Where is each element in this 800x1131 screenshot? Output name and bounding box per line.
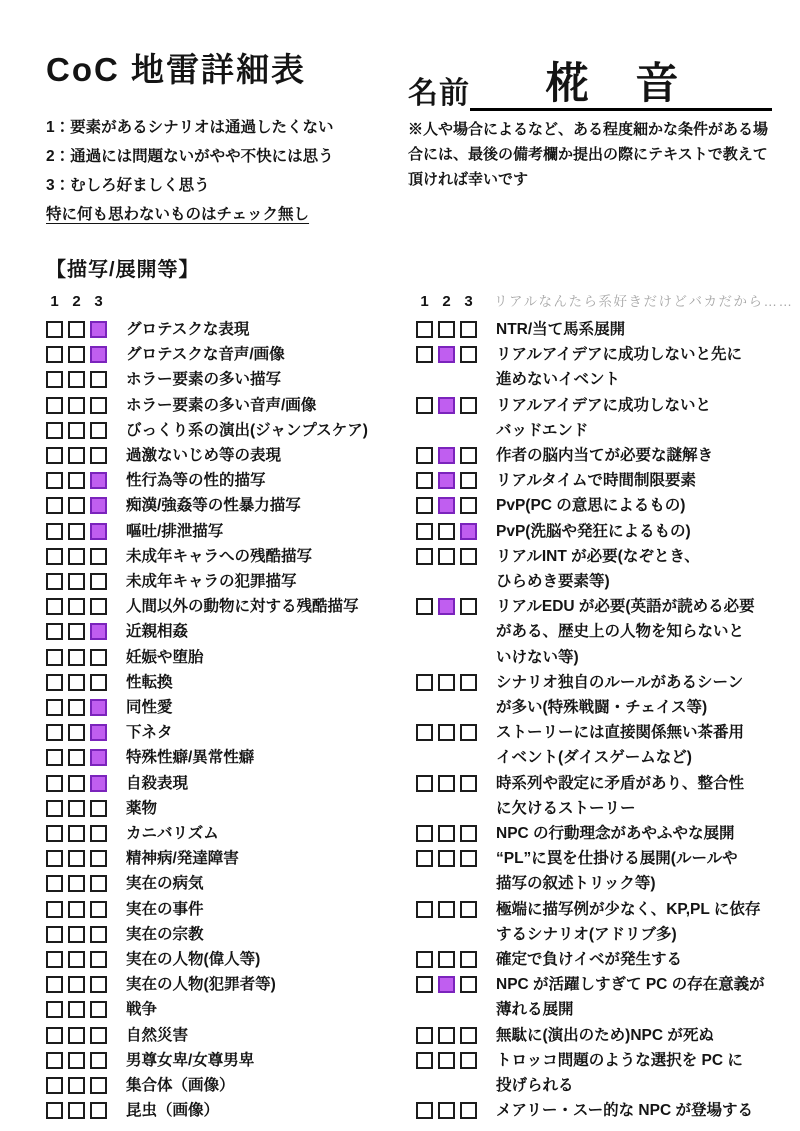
item-label: 実在の病気 [126,871,204,896]
item-label: グロテスクな音声/画像 [126,342,285,367]
checkbox-2[interactable] [68,951,85,968]
checkbox-3[interactable] [90,1052,107,1069]
checkbox-2[interactable] [438,724,455,741]
checkbox-1[interactable] [46,749,63,766]
checkbox-3[interactable] [90,800,107,817]
checklist-item: ストーリーには直接関係無い茶番用 イベント(ダイスゲームなど) [416,720,793,770]
checkbox-3[interactable] [460,346,477,363]
checkbox-2[interactable] [68,623,85,640]
scale-header-left: 1 2 3 [46,292,416,317]
checkbox-3-checked[interactable] [90,775,107,792]
checkbox-2[interactable] [68,800,85,817]
legend-line-3: 3：むしろ好ましく思う [46,171,408,200]
checkbox-2[interactable] [68,598,85,615]
item-label: 自然災害 [126,1023,188,1048]
checkbox-group [416,947,482,968]
checklist-item: 未成年キャラへの残酷描写 [46,544,416,569]
checklist-item: カニバリズム [46,821,416,846]
checkbox-2[interactable] [438,775,455,792]
checkbox-group [46,997,112,1018]
checkbox-3-checked[interactable] [90,346,107,363]
checkbox-1[interactable] [416,901,433,918]
checkbox-2-checked[interactable] [438,447,455,464]
checkbox-1[interactable] [416,1027,433,1044]
checkbox-1[interactable] [46,523,63,540]
checkbox-1[interactable] [416,548,433,565]
checklist-item: 嘔吐/排泄描写 [46,519,416,544]
checklist-item: 昆虫（画像） [46,1098,416,1123]
checklist-item: びっくり系の演出(ジャンプスケア) [46,418,416,443]
checkbox-group [416,443,482,464]
checkbox-2[interactable] [68,724,85,741]
header-left: CoC 地雷詳細表 1：要素があるシナリオは通過したくない 2：通過には問題ない… [46,30,408,229]
checkbox-3[interactable] [460,724,477,741]
checklist-item: 性行為等の性的描写 [46,468,416,493]
item-label: PvP(洗脳や発狂によるもの) [496,519,691,544]
checkbox-3[interactable] [460,497,477,514]
checkbox-2-checked[interactable] [438,976,455,993]
checklist-item: 時系列や設定に矛盾があり、整合性 に欠けるストーリー [416,771,793,821]
checkbox-3[interactable] [90,447,107,464]
checkbox-2[interactable] [68,548,85,565]
checklist-item: シナリオ独自のルールがあるシーン が多い(特殊戦闘・チェイス等) [416,670,793,720]
checkbox-group [416,468,482,489]
checkbox-2[interactable] [68,775,85,792]
checkbox-1[interactable] [46,850,63,867]
checkbox-2[interactable] [68,699,85,716]
checkbox-2[interactable] [68,825,85,842]
item-label: 男尊女卑/女尊男卑 [126,1048,254,1073]
checkbox-group [46,972,112,993]
checklist-item: 自然災害 [46,1023,416,1048]
checkbox-group [416,771,482,792]
checkbox-1[interactable] [46,397,63,414]
checkbox-group [416,1048,482,1069]
item-label: 妊娠や堕胎 [126,645,204,670]
checkbox-3[interactable] [460,1102,477,1119]
checkbox-2[interactable] [68,850,85,867]
checkbox-2[interactable] [68,649,85,666]
item-label: 人間以外の動物に対する残酷描写 [126,594,359,619]
checkbox-group [416,1098,482,1119]
checkbox-1[interactable] [416,346,433,363]
checklist-item: 実在の人物(偉人等) [46,947,416,972]
checklist-item: 自殺表現 [46,771,416,796]
checkbox-1[interactable] [46,724,63,741]
checkbox-3[interactable] [90,1027,107,1044]
item-label: PvP(PC の意思によるもの) [496,493,685,518]
checkbox-1[interactable] [416,497,433,514]
checkbox-1[interactable] [46,1077,63,1094]
checkbox-1[interactable] [416,976,433,993]
checkbox-2[interactable] [68,371,85,388]
checkbox-2[interactable] [68,1052,85,1069]
checkbox-group [46,670,112,691]
checkbox-3[interactable] [460,472,477,489]
checkbox-2[interactable] [438,901,455,918]
checkbox-2[interactable] [68,674,85,691]
item-label: トロッコ問題のような選択を PC に 投げられる [496,1048,743,1098]
item-label: 近親相姦 [126,619,188,644]
checkbox-1[interactable] [46,548,63,565]
checkbox-3[interactable] [460,775,477,792]
checkbox-group [416,897,482,918]
checkbox-3-checked[interactable] [90,497,107,514]
checkbox-1[interactable] [46,598,63,615]
handwritten-note: リアルなんたら系好きだけどバカだから…… [494,292,793,312]
checkbox-3[interactable] [90,674,107,691]
checkbox-1[interactable] [416,951,433,968]
checkbox-1[interactable] [416,472,433,489]
checkbox-1[interactable] [46,1102,63,1119]
checkbox-3[interactable] [90,548,107,565]
checkbox-group [46,871,112,892]
item-label: メアリー・スー的な NPC が登場する [496,1098,753,1123]
rating-legend: 1：要素があるシナリオは通過したくない 2：通過には問題ないがやや不快には思う … [46,113,408,229]
checklist-item: “PL”に罠を仕掛ける展開(ルールや 描写の叙述トリック等) [416,846,793,896]
checkbox-1[interactable] [416,775,433,792]
checkbox-2[interactable] [438,674,455,691]
checkbox-1[interactable] [46,875,63,892]
item-label: びっくり系の演出(ジャンプスケア) [126,418,368,443]
checkbox-1[interactable] [46,1027,63,1044]
item-label: 戦争 [126,997,157,1022]
checkbox-3[interactable] [90,1077,107,1094]
item-label: グロテスクな表現 [126,317,249,342]
checkbox-1[interactable] [46,321,63,338]
checkbox-1[interactable] [46,497,63,514]
checkbox-1[interactable] [416,447,433,464]
checkbox-3[interactable] [90,901,107,918]
checkbox-1[interactable] [46,674,63,691]
checkbox-3[interactable] [90,598,107,615]
checkbox-2[interactable] [68,1001,85,1018]
checkbox-2[interactable] [68,346,85,363]
conditions-note: ※人や場合によるなど、ある程度細かな条件がある場合には、最後の備考欄か提出の際に… [408,117,772,192]
checklist-item: グロテスクな音声/画像 [46,342,416,367]
checkbox-1[interactable] [46,976,63,993]
checkbox-2[interactable] [68,497,85,514]
page-title: CoC 地雷詳細表 [46,44,408,91]
checkbox-1[interactable] [416,825,433,842]
checklist-item: NPC が活躍しすぎて PC の存在意義が 薄れる展開 [416,972,793,1022]
checklist-item: リアルアイデアに成功しないと バッドエンド [416,393,793,443]
item-label: NPC の行動理念があやふやな展開 [496,821,735,846]
checkbox-3-checked[interactable] [90,321,107,338]
item-label: 無駄に(演出のため)NPC が死ぬ [496,1023,714,1048]
checkbox-2[interactable] [68,1027,85,1044]
checkbox-2[interactable] [438,321,455,338]
checklist-item: 性転換 [46,670,416,695]
checkbox-3[interactable] [460,901,477,918]
checkbox-2[interactable] [68,472,85,489]
checklist-item: 過激ないじめ等の表現 [46,443,416,468]
checklist-item: 実在の病気 [46,871,416,896]
checkbox-2[interactable] [68,926,85,943]
item-label: 未成年キャラへの残酷描写 [126,544,312,569]
checkbox-group [416,972,482,993]
legend-note: 特に何も思わないものはチェック無し [46,200,408,229]
item-label: リアルアイデアに成功しないと バッドエンド [496,393,711,443]
form-header: CoC 地雷詳細表 1：要素があるシナリオは通過したくない 2：通過には問題ない… [46,30,772,229]
checklist-item: 下ネタ [46,720,416,745]
scale-digits: 1 2 3 [46,292,112,312]
checkbox-2[interactable] [68,875,85,892]
item-label: カニバリズム [126,821,219,846]
checkbox-3-checked[interactable] [90,523,107,540]
checkbox-3[interactable] [90,976,107,993]
item-label: 極端に描写例が少なく、KP,PL に依存 するシナリオ(アドリブ多) [496,897,760,947]
checkbox-3[interactable] [460,1027,477,1044]
checkbox-3[interactable] [90,1001,107,1018]
checkbox-group [46,1023,112,1044]
checkbox-3[interactable] [90,926,107,943]
checklist-column-right: 1 2 3 リアルなんたら系好きだけどバカだから…… NTR/当て馬系展開リアル… [416,292,793,1124]
checkbox-2[interactable] [68,976,85,993]
checkbox-3[interactable] [90,371,107,388]
checkbox-2-checked[interactable] [438,598,455,615]
checkbox-group [46,922,112,943]
scale-digit-1: 1 [46,292,63,312]
checkbox-3[interactable] [460,976,477,993]
checkbox-3[interactable] [90,397,107,414]
checklist-left: グロテスクな表現グロテスクな音声/画像ホラー要素の多い描写ホラー要素の多い音声/… [46,317,416,1124]
checkbox-group [416,493,482,514]
checkbox-1[interactable] [46,1052,63,1069]
checkbox-group [416,317,482,338]
checkbox-3[interactable] [90,850,107,867]
checkbox-2[interactable] [438,548,455,565]
item-label: 性行為等の性的描写 [126,468,266,493]
checkbox-group [416,594,482,615]
item-label: リアルINT が必要(なぞとき、 ひらめき要素等) [496,544,700,594]
checkbox-1[interactable] [46,926,63,943]
checkbox-2[interactable] [438,1027,455,1044]
checkbox-1[interactable] [46,800,63,817]
header-right: 名前 椛 音 ※人や場合によるなど、ある程度細かな条件がある場合には、最後の備考… [408,30,772,192]
checkbox-group [46,468,112,489]
checkbox-1[interactable] [416,598,433,615]
checkbox-group [46,569,112,590]
checkbox-2-checked[interactable] [438,397,455,414]
item-label: 精神病/発達障害 [126,846,239,871]
checklist-column-left: 1 2 3 グロテスクな表現グロテスクな音声/画像ホラー要素の多い描写ホラー要素… [46,292,416,1124]
checkbox-3-checked[interactable] [90,749,107,766]
checkbox-1[interactable] [46,1001,63,1018]
checkbox-1[interactable] [46,775,63,792]
checkbox-1[interactable] [46,573,63,590]
legend-line-1: 1：要素があるシナリオは通過したくない [46,113,408,142]
checkbox-1[interactable] [46,623,63,640]
item-label: 確定で負けイベが発生する [496,947,682,972]
checkbox-group [46,796,112,817]
checkbox-2[interactable] [68,1077,85,1094]
checkbox-1[interactable] [46,901,63,918]
checkbox-2-checked[interactable] [438,472,455,489]
checkbox-1[interactable] [46,346,63,363]
checkbox-group [46,367,112,388]
checkbox-3[interactable] [460,850,477,867]
checkbox-3-checked[interactable] [90,623,107,640]
checkbox-2[interactable] [438,1102,455,1119]
checklist-item: 薬物 [46,796,416,821]
checkbox-3[interactable] [460,598,477,615]
scale-header-right: 1 2 3 リアルなんたら系好きだけどバカだから…… [416,292,793,317]
item-label: NTR/当て馬系展開 [496,317,625,342]
checkbox-group [416,519,482,540]
checkbox-group [46,645,112,666]
checklist-item: PvP(洗脳や発狂によるもの) [416,519,793,544]
checklist-item: メアリー・スー的な NPC が登場する [416,1098,793,1123]
checkbox-3[interactable] [90,825,107,842]
checkbox-3[interactable] [460,548,477,565]
checkbox-3[interactable] [90,573,107,590]
checklist-item: 人間以外の動物に対する残酷描写 [46,594,416,619]
checklist-item: リアルタイムで時間制限要素 [416,468,793,493]
checklist-item: トロッコ問題のような選択を PC に 投げられる [416,1048,793,1098]
checklist-item: 同性愛 [46,695,416,720]
item-label: 集合体（画像） [126,1073,235,1098]
scale-digit-1: 1 [416,292,433,312]
item-label: 同性愛 [126,695,173,720]
checklist-item: 実在の人物(犯罪者等) [46,972,416,997]
item-label: ホラー要素の多い描写 [126,367,281,392]
checkbox-2-checked[interactable] [438,497,455,514]
checklist-item: NPC の行動理念があやふやな展開 [416,821,793,846]
checklist-columns: 1 2 3 グロテスクな表現グロテスクな音声/画像ホラー要素の多い描写ホラー要素… [46,292,772,1124]
checkbox-group [46,393,112,414]
checklist-item: 確定で負けイベが発生する [416,947,793,972]
checklist-item: ホラー要素の多い音声/画像 [46,393,416,418]
checkbox-3-checked[interactable] [90,472,107,489]
checkbox-1[interactable] [46,371,63,388]
checkbox-2[interactable] [68,573,85,590]
checklist-item: ホラー要素の多い描写 [46,367,416,392]
legend-line-2: 2：通過には問題ないがやや不快には思う [46,142,408,171]
checkbox-3[interactable] [90,951,107,968]
checkbox-1[interactable] [416,724,433,741]
checkbox-2[interactable] [68,321,85,338]
checkbox-group [46,720,112,741]
checkbox-1[interactable] [46,447,63,464]
checkbox-2[interactable] [68,901,85,918]
item-label: 特殊性癖/異常性癖 [126,745,254,770]
checkbox-2[interactable] [438,850,455,867]
name-value: 椛 音 [546,63,697,108]
item-label: リアルタイムで時間制限要素 [496,468,696,493]
checkbox-3[interactable] [90,1102,107,1119]
checklist-item: 痴漢/強姦等の性暴力描写 [46,493,416,518]
checkbox-3-checked[interactable] [460,523,477,540]
form-page: CoC 地雷詳細表 1：要素があるシナリオは通過したくない 2：通過には問題ない… [0,0,800,1131]
item-label: シナリオ独自のルールがあるシーン が多い(特殊戦闘・チェイス等) [496,670,743,720]
checkbox-3[interactable] [460,447,477,464]
checkbox-group [416,821,482,842]
checkbox-1[interactable] [416,397,433,414]
checkbox-3[interactable] [460,674,477,691]
checkbox-1[interactable] [416,321,433,338]
checkbox-1[interactable] [46,422,63,439]
checkbox-group [46,619,112,640]
checkbox-3[interactable] [460,951,477,968]
checkbox-group [46,947,112,968]
checkbox-2[interactable] [68,749,85,766]
checklist-item: 男尊女卑/女尊男卑 [46,1048,416,1073]
checkbox-group [46,695,112,716]
checkbox-group [416,1023,482,1044]
checkbox-1[interactable] [46,951,63,968]
checkbox-1[interactable] [46,649,63,666]
item-label: “PL”に罠を仕掛ける展開(ルールや 描写の叙述トリック等) [496,846,738,896]
section-title: 【描写/展開等】 [46,253,772,282]
checkbox-group [46,418,112,439]
name-field[interactable]: 椛 音 [470,58,772,111]
checklist-item: 戦争 [46,997,416,1022]
scale-digit-2: 2 [438,292,455,312]
checkbox-1[interactable] [416,523,433,540]
checkbox-group [46,317,112,338]
checkbox-3[interactable] [460,321,477,338]
checklist-item: リアルEDU が必要(英語が読める必要 がある、歴史上の人物を知らないと いけな… [416,594,793,670]
checkbox-group [46,846,112,867]
checkbox-2[interactable] [68,447,85,464]
checklist-item: 作者の脳内当てが必要な謎解き [416,443,793,468]
checkbox-1[interactable] [416,850,433,867]
name-label: 名前 [408,79,470,111]
item-label: 昆虫（画像） [126,1098,219,1123]
checkbox-3[interactable] [90,422,107,439]
checkbox-3[interactable] [90,649,107,666]
checklist-item: 未成年キャラの犯罪描写 [46,569,416,594]
item-label: 下ネタ [126,720,173,745]
checkbox-group [416,846,482,867]
checkbox-1[interactable] [46,699,63,716]
checkbox-2-checked[interactable] [438,346,455,363]
checkbox-group [46,443,112,464]
checkbox-1[interactable] [46,472,63,489]
checkbox-1[interactable] [416,1102,433,1119]
checkbox-3-checked[interactable] [90,699,107,716]
checklist-item: 実在の事件 [46,897,416,922]
checkbox-2[interactable] [68,422,85,439]
checkbox-2[interactable] [438,1052,455,1069]
checkbox-3[interactable] [460,1052,477,1069]
scale-digits: 1 2 3 [416,292,482,312]
checklist-item: 集合体（画像） [46,1073,416,1098]
checkbox-3[interactable] [90,875,107,892]
item-label: 自殺表現 [126,771,188,796]
item-label: 嘔吐/排泄描写 [126,519,223,544]
checkbox-1[interactable] [416,1052,433,1069]
checkbox-group [46,544,112,565]
checkbox-3[interactable] [460,397,477,414]
checkbox-2[interactable] [438,951,455,968]
checkbox-2[interactable] [438,523,455,540]
checklist-item: 妊娠や堕胎 [46,645,416,670]
checkbox-2[interactable] [68,523,85,540]
checkbox-group [46,1048,112,1069]
scale-digit-2: 2 [68,292,85,312]
checkbox-2[interactable] [438,825,455,842]
checkbox-1[interactable] [46,825,63,842]
checkbox-2[interactable] [68,1102,85,1119]
item-label: NPC が活躍しすぎて PC の存在意義が 薄れる展開 [496,972,765,1022]
checkbox-3[interactable] [460,825,477,842]
checkbox-3-checked[interactable] [90,724,107,741]
item-label: 実在の事件 [126,897,204,922]
checkbox-2[interactable] [68,397,85,414]
checkbox-1[interactable] [416,674,433,691]
